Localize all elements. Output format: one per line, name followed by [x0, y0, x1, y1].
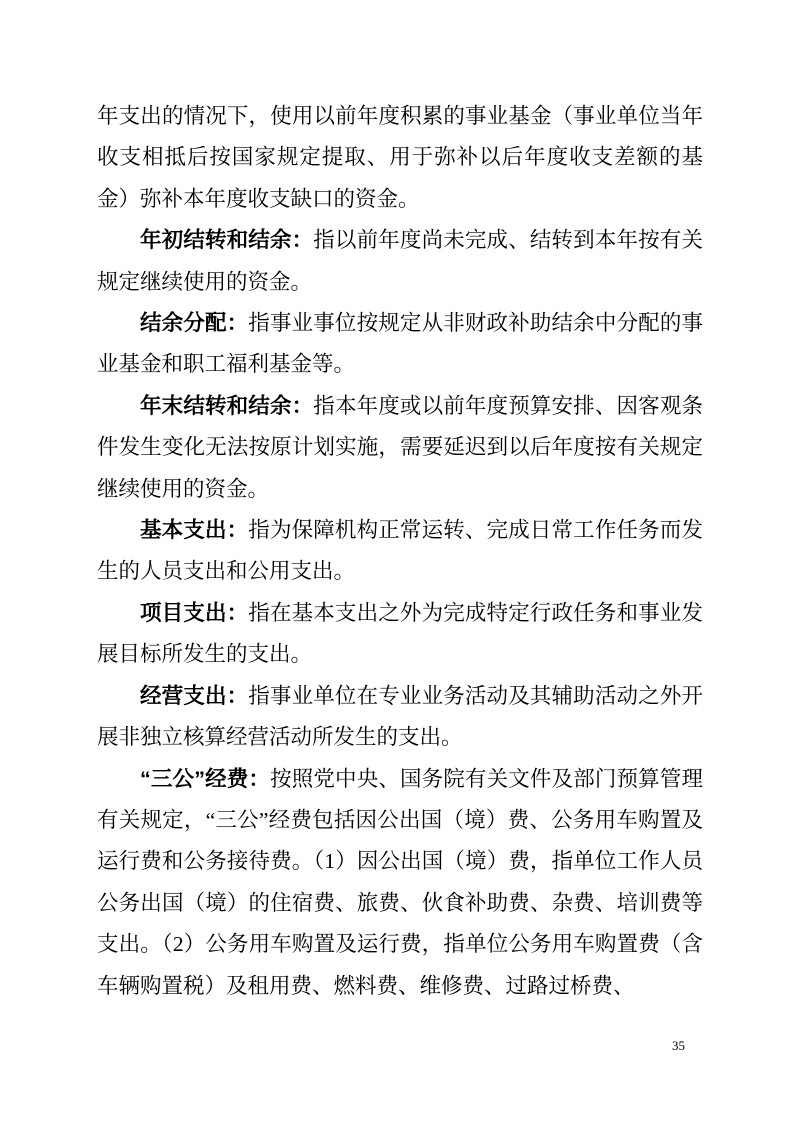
- paragraph-text: 年支出的情况下，使用以前年度积累的事业基金（事业单位当年收支相抵后按国家规定提取…: [97, 104, 703, 211]
- para-year-end-carryover: 年末结转和结余：指本年度或以前年度预算安排、因客观条件发生变化无法按原计划实施，…: [97, 386, 703, 510]
- term-label: 年初结转和结余：: [140, 228, 313, 252]
- document-page: 年支出的情况下，使用以前年度积累的事业基金（事业单位当年收支相抵后按国家规定提取…: [0, 0, 793, 1122]
- term-label: 经营支出：: [140, 684, 248, 708]
- para-three-public-funds: “三公”经费：按照党中央、国务院有关文件及部门预算管理有关规定，“三公”经费包括…: [97, 759, 703, 1007]
- term-label: “三公”经费：: [140, 767, 270, 791]
- page-number: 35: [672, 1038, 685, 1054]
- term-label: 结余分配：: [140, 311, 248, 335]
- term-label: 基本支出：: [140, 518, 248, 542]
- para-project-expenditure: 项目支出：指在基本支出之外为完成特定行政任务和事业发展目标所发生的支出。: [97, 593, 703, 676]
- para-fund-gap-continuation: 年支出的情况下，使用以前年度积累的事业基金（事业单位当年收支相抵后按国家规定提取…: [97, 96, 703, 220]
- term-label: 项目支出：: [140, 601, 248, 625]
- para-basic-expenditure: 基本支出：指为保障机构正常运转、完成日常工作任务而发生的人员支出和公用支出。: [97, 510, 703, 593]
- paragraph-text: 按照党中央、国务院有关文件及部门预算管理有关规定，“三公”经费包括因公出国（境）…: [97, 767, 703, 998]
- document-content: 年支出的情况下，使用以前年度积累的事业基金（事业单位当年收支相抵后按国家规定提取…: [97, 96, 703, 1007]
- para-surplus-distribution: 结余分配：指事业事位按规定从非财政补助结余中分配的事业基金和职工福利基金等。: [97, 303, 703, 386]
- para-year-begin-carryover: 年初结转和结余：指以前年度尚未完成、结转到本年按有关规定继续使用的资金。: [97, 220, 703, 303]
- term-label: 年末结转和结余：: [140, 394, 313, 418]
- para-operating-expenditure: 经营支出：指事业单位在专业业务活动及其辅助活动之外开展非独立核算经营活动所发生的…: [97, 676, 703, 759]
